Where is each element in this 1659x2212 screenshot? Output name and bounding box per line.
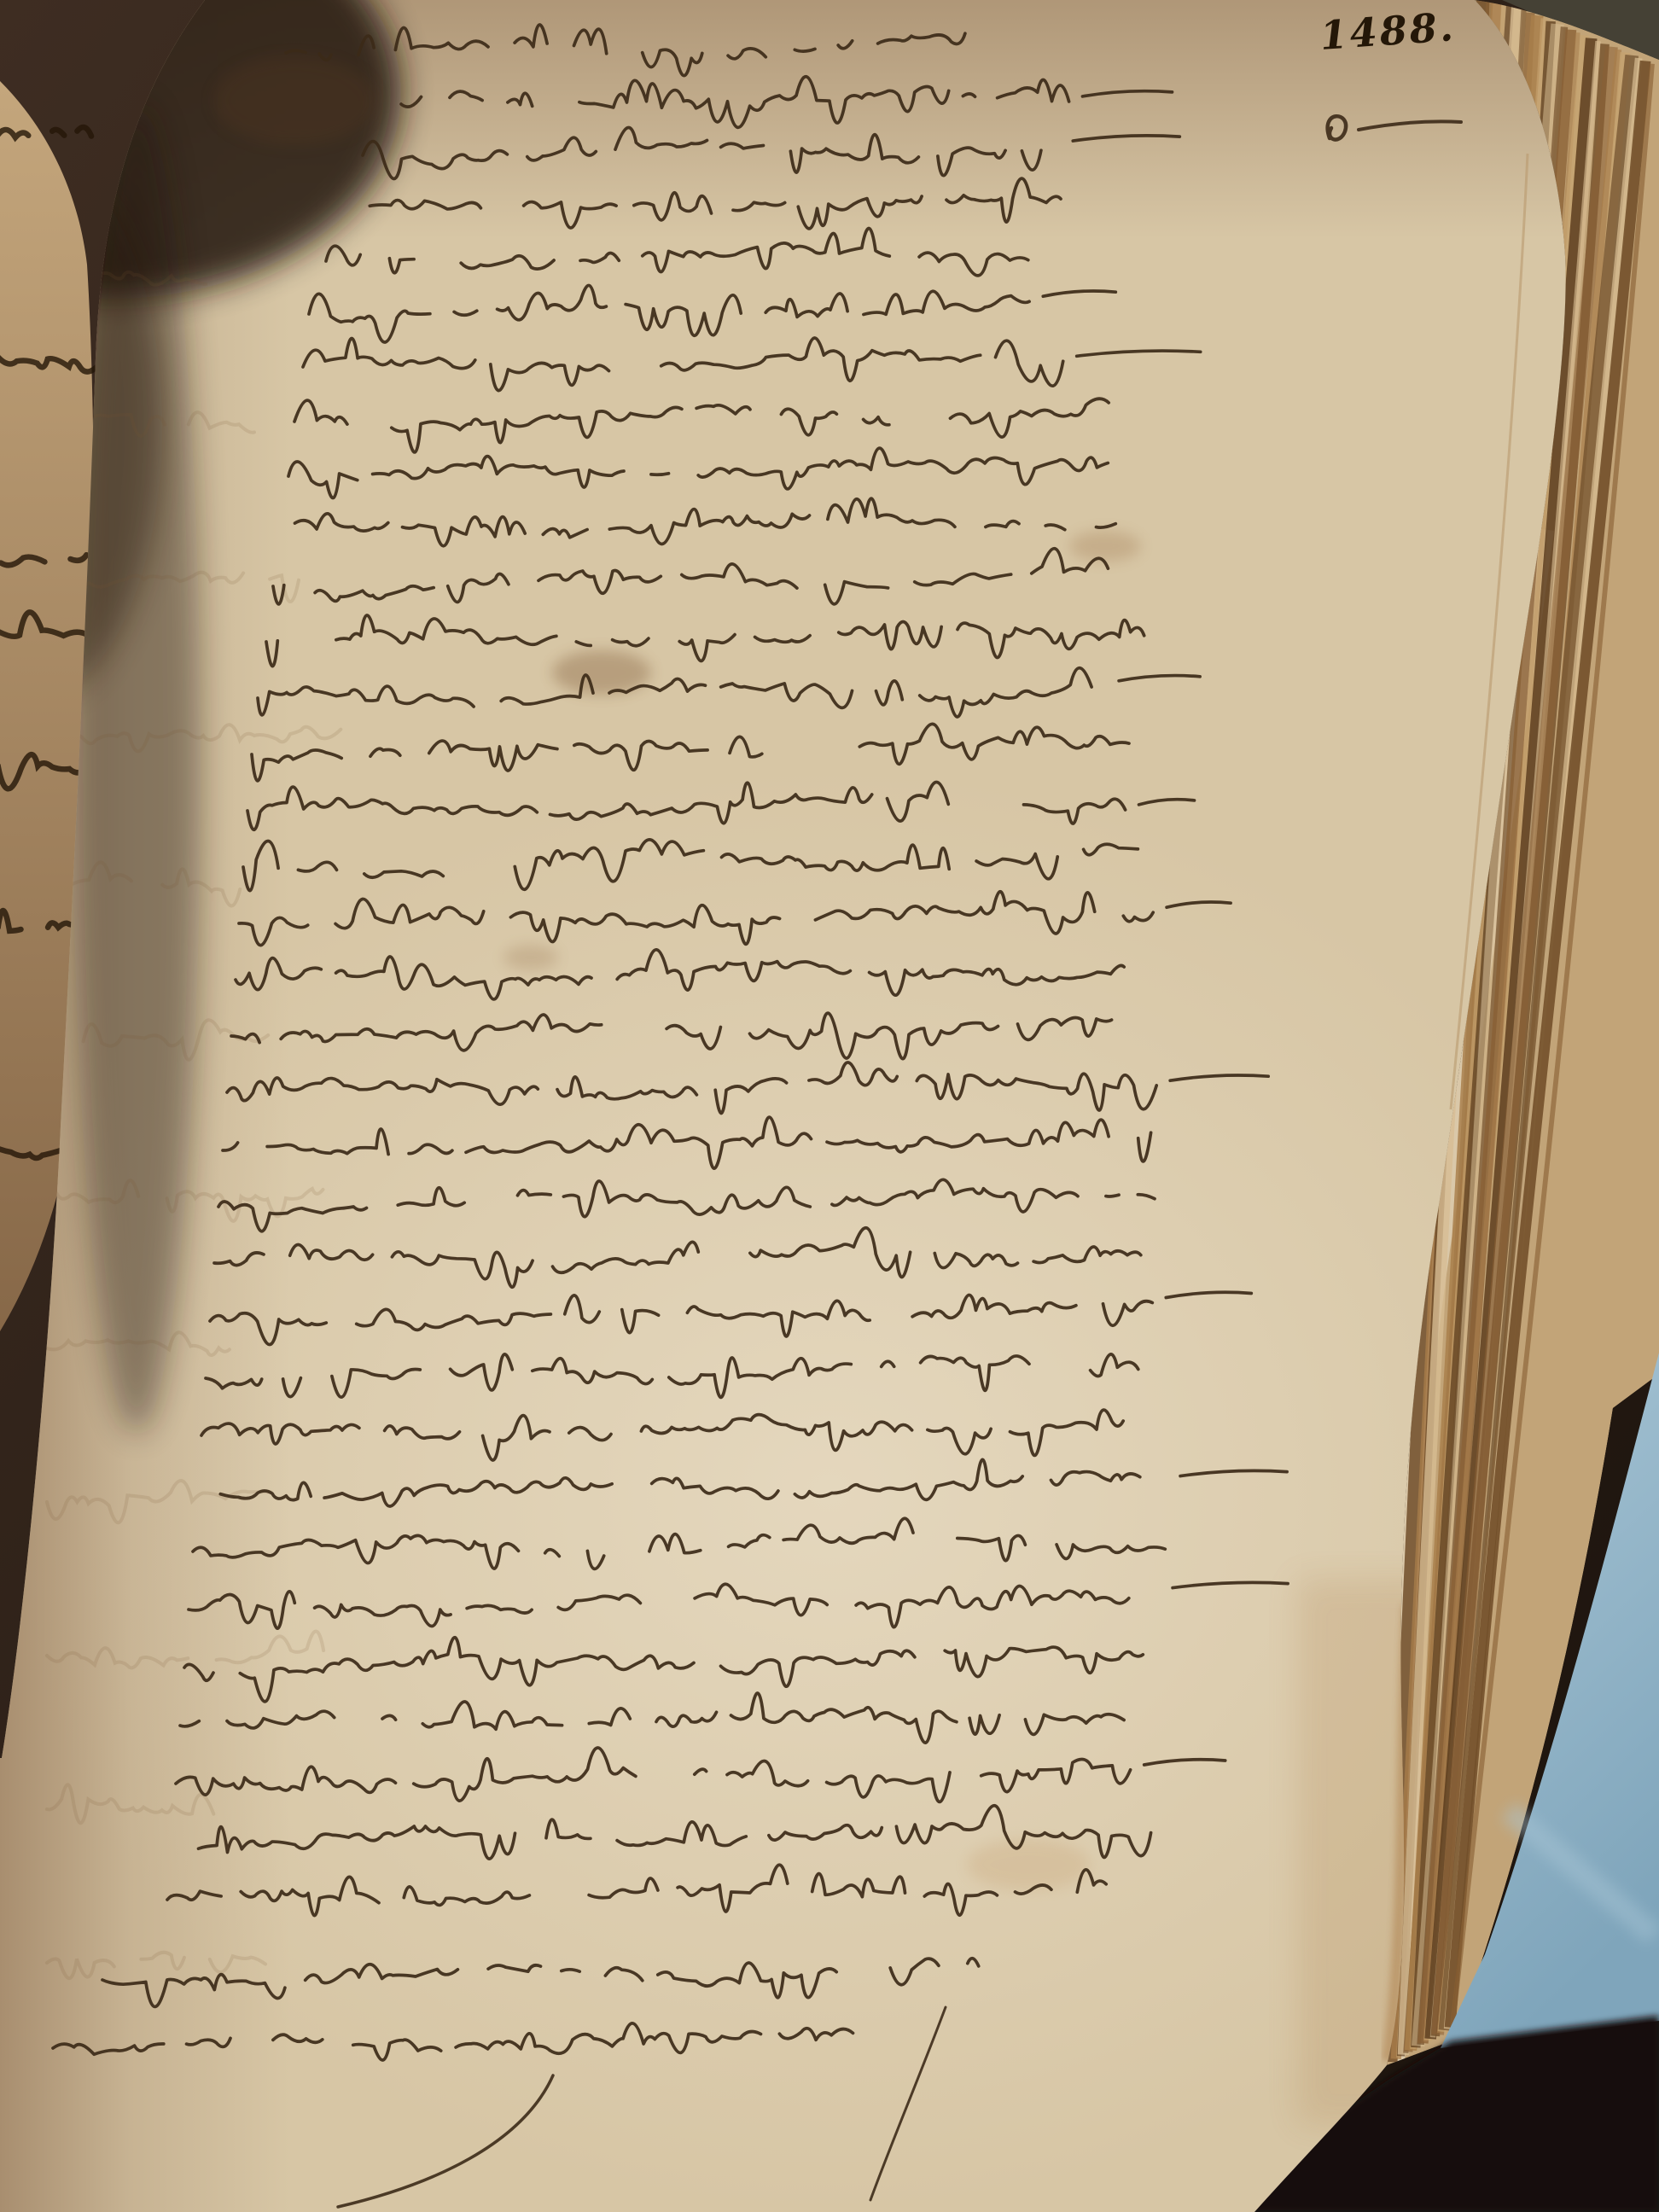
manuscript-photo: 1488. xyxy=(0,0,1659,2212)
page-number: 1488. xyxy=(1318,3,1457,59)
stain xyxy=(967,1839,1090,1890)
stain xyxy=(504,945,558,970)
photo-scene: 1488. xyxy=(0,0,1659,2212)
stain xyxy=(1069,531,1141,562)
stain xyxy=(213,56,375,145)
